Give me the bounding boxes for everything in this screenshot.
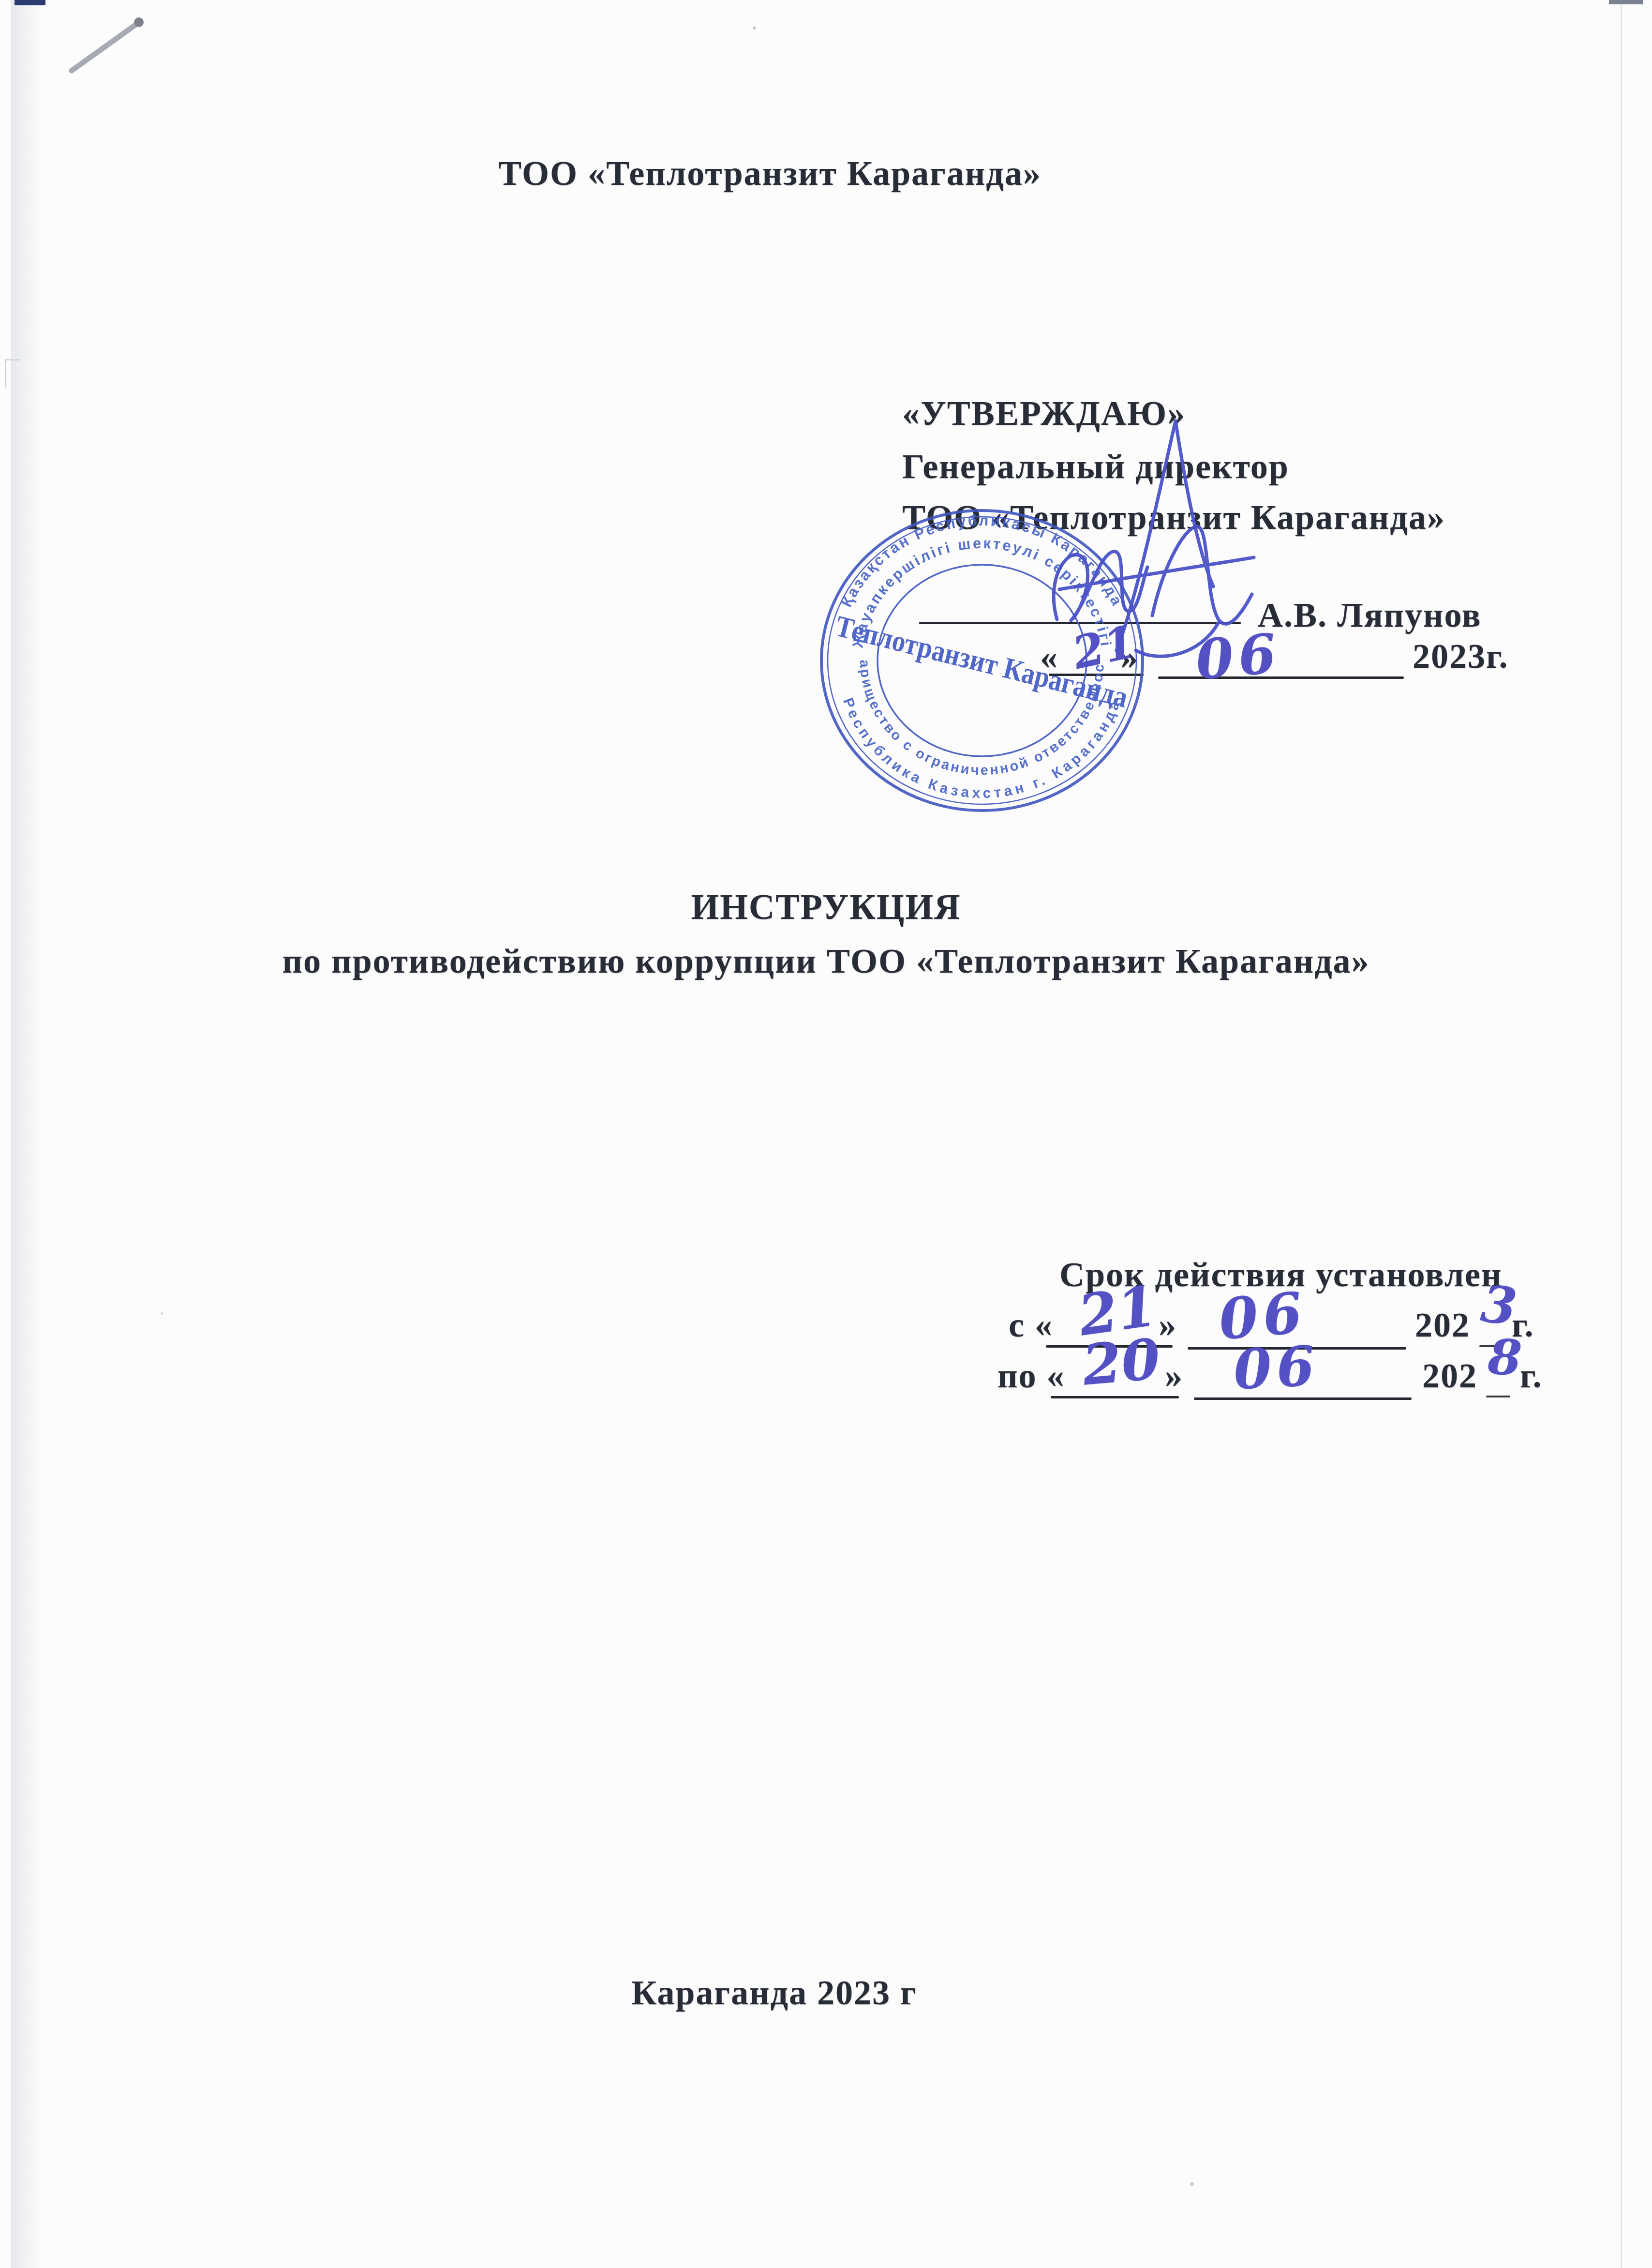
validity-to-month-handwritten: 06	[1232, 1338, 1321, 1397]
validity-from-year-handwritten: 3	[1479, 1278, 1519, 1332]
approval-word: «УТВЕРЖДАЮ»	[902, 396, 1186, 431]
seal-ring-bottom-outer-text: Республика Казахстан г. Караганда	[840, 696, 1124, 801]
pencil-mark	[72, 17, 144, 71]
scan-edge-shadow	[11, 0, 49, 2268]
validity-to-year-printed: 202	[1422, 1358, 1477, 1393]
approval-day-handwritten: 21	[1069, 619, 1139, 676]
approver-role: Генеральный директор	[902, 449, 1289, 484]
approval-month-handwritten: 06	[1193, 627, 1283, 688]
approval-date-open-quote: «	[1040, 640, 1058, 675]
validity-to-prefix: по «	[997, 1358, 1065, 1393]
signature-line	[919, 622, 1241, 624]
approver-company: ТОО «Теплотранзит Караганда»	[902, 500, 1445, 535]
doc-title: ИНСТРУКЦИЯ	[0, 889, 1652, 925]
seal-ring-bottom-inner-text: Товарищество с ограниченной ответственно…	[0, 0, 1107, 778]
company-header: ТОО «Теплотранзит Караганда»	[498, 156, 1042, 191]
scan-edge-line	[1621, 4, 1622, 2268]
validity-to-day-underline	[1051, 1396, 1179, 1398]
scan-speck	[1190, 2182, 1194, 2186]
scan-speck	[753, 27, 756, 30]
validity-to-year-underline	[1486, 1396, 1510, 1397]
scan-speck	[161, 1312, 164, 1315]
doc-subtitle: по противодействию коррупции ТОО «Теплот…	[0, 944, 1652, 978]
ink-overlay: Қазақстан Республикасы Караганда Жауапке…	[0, 0, 1652, 2268]
validity-to-day-handwritten: 20	[1080, 1331, 1162, 1394]
validity-from-prefix: с «	[1009, 1307, 1053, 1342]
scan-corner-mark-left	[15, 0, 45, 5]
footer-city-year: Караганда 2023 г	[631, 1975, 917, 2010]
scanned-page: { "colors": { "ink": "#272c37", "stamp_b…	[0, 0, 1652, 2268]
validity-from-year-printed: 202	[1415, 1307, 1470, 1342]
scan-bracket-mark	[5, 359, 20, 388]
signee-name: А.В. Ляпунов	[1258, 598, 1482, 632]
validity-to-close-quote: »	[1165, 1358, 1183, 1393]
validity-from-close-quote: »	[1159, 1307, 1177, 1342]
validity-to-year-handwritten: 8	[1487, 1332, 1523, 1382]
approval-year: 2023г.	[1413, 639, 1509, 674]
scan-corner-mark-right	[1609, 0, 1643, 4]
validity-to-year-suffix: г.	[1520, 1358, 1543, 1393]
